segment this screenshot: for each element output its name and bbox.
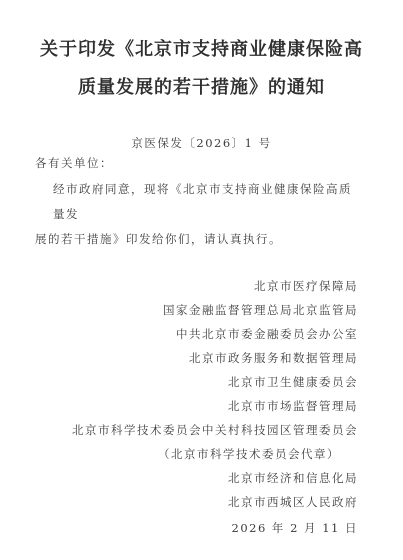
signatory-line: 北京市政务服务和数据管理局 xyxy=(35,346,358,370)
signatory-line-seal-note: （北京市科学技术委员会代章） xyxy=(35,442,358,466)
document-reference-number: 京医保发〔2026〕1 号 xyxy=(0,133,403,153)
document-title: 关于印发《北京市支持商业健康保险高 质量发展的若干措施》的通知 xyxy=(0,31,403,107)
signatory-line: 国家金融监督管理总局北京监管局 xyxy=(35,298,358,322)
body-paragraph-line-1: 经市政府同意，现将《北京市支持商业健康保险高质量发 xyxy=(35,177,358,227)
signatory-line: 北京市科学技术委员会中关村科技园区管理委员会 xyxy=(35,418,358,442)
document-title-line-2: 质量发展的若干措施》的通知 xyxy=(0,69,403,107)
document-body: 各有关单位： 经市政府同意，现将《北京市支持商业健康保险高质量发 展的若干措施》… xyxy=(0,153,403,540)
document-title-line-1: 关于印发《北京市支持商业健康保险高 xyxy=(0,31,403,69)
body-paragraph-line-2: 展的若干措施》印发给你们，请认真执行。 xyxy=(35,227,358,252)
document-page: 关于印发《北京市支持商业健康保险高 质量发展的若干措施》的通知 京医保发〔202… xyxy=(0,0,403,560)
issue-date: 2026 年 2 月 11 日 xyxy=(35,516,358,540)
signatory-line: 北京市卫生健康委员会 xyxy=(35,370,358,394)
signatory-line: 北京市经济和信息化局 xyxy=(35,466,358,490)
signatory-list: 北京市医疗保障局 国家金融监督管理总局北京监管局 中共北京市委金融委员会办公室 … xyxy=(35,274,358,514)
signatory-line: 北京市医疗保障局 xyxy=(35,274,358,298)
signatory-line: 北京市市场监督管理局 xyxy=(35,394,358,418)
signatory-line: 北京市西城区人民政府 xyxy=(35,490,358,514)
body-paragraph: 经市政府同意，现将《北京市支持商业健康保险高质量发 展的若干措施》印发给你们，请… xyxy=(35,177,358,252)
salutation: 各有关单位： xyxy=(35,153,358,173)
signatory-line: 中共北京市委金融委员会办公室 xyxy=(35,322,358,346)
